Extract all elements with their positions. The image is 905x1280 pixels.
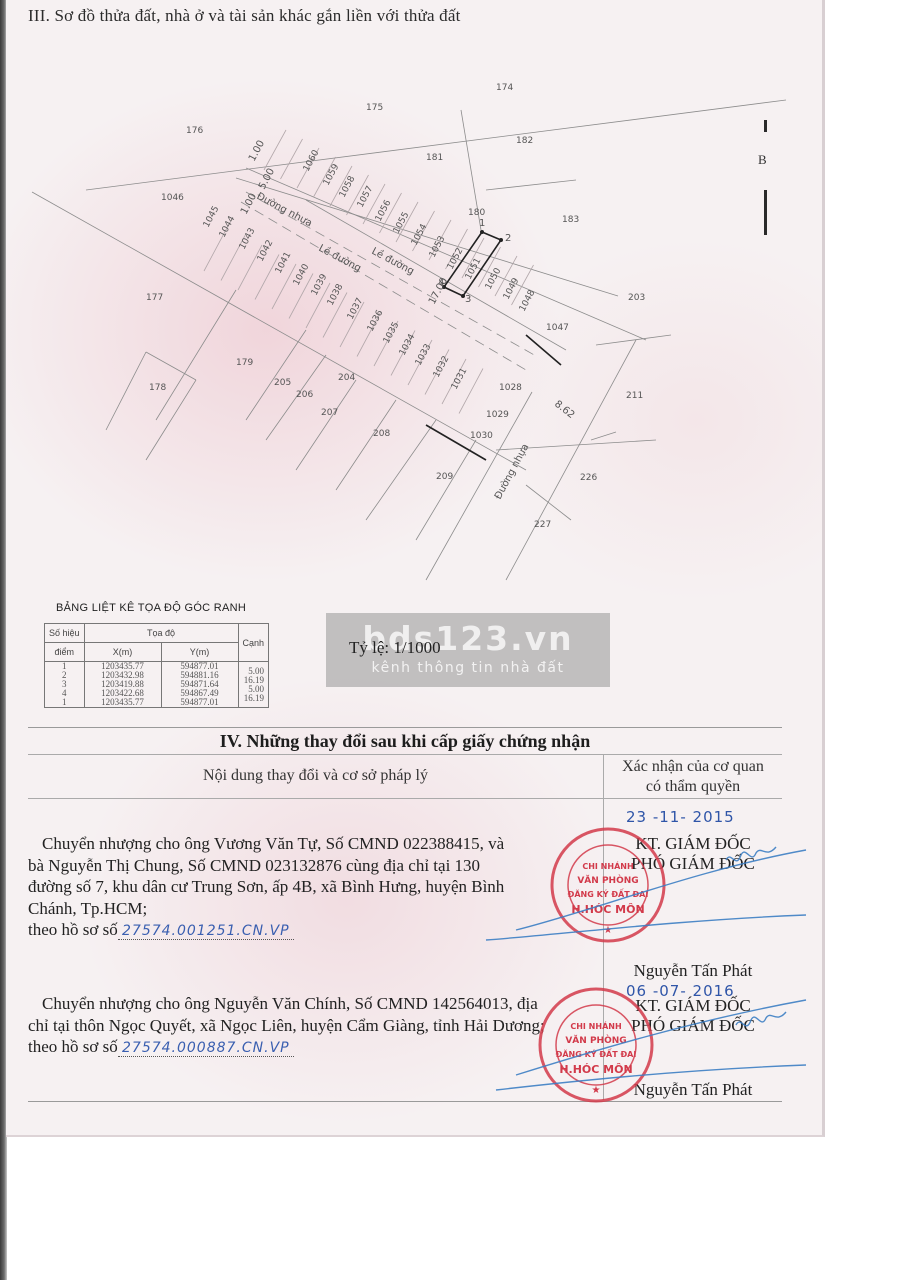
- parcel-label: 205: [274, 378, 291, 388]
- parcel-label: 208: [373, 429, 390, 439]
- parcel-label: 175: [366, 103, 383, 113]
- parcel-label: 1048: [518, 288, 538, 313]
- th-coord: Tọa độ: [84, 624, 238, 643]
- parcel-label: 177: [146, 293, 163, 303]
- col-content-header: Nội dung thay đổi và cơ sở pháp lý: [28, 755, 603, 797]
- parcel-label: 1057: [356, 184, 376, 209]
- svg-text:8.62: 8.62: [552, 399, 576, 421]
- cadastral-map: 1 2 3 4 17417517617717817918018118218320…: [6, 0, 822, 600]
- parcel-label: 209: [436, 472, 453, 482]
- parcel-label: 1031: [450, 366, 470, 391]
- parcel-label: 203: [628, 293, 645, 303]
- parcel-label: 182: [516, 136, 533, 146]
- side-bar-bottom: [764, 190, 767, 235]
- cell-point: 1: [45, 698, 85, 708]
- side-mark: B: [758, 152, 767, 168]
- coord-row: 11203435.77594877.01: [45, 698, 269, 708]
- parcel-label: 178: [149, 383, 166, 393]
- svg-text:2: 2: [505, 233, 511, 244]
- th-point: Số hiệu: [45, 624, 85, 643]
- parcel-label: 181: [426, 153, 443, 163]
- th-x: X(m): [84, 643, 161, 662]
- parcel-label: 1047: [546, 323, 569, 333]
- parcel-label: 1056: [374, 198, 394, 223]
- svg-text:1.00: 1.00: [247, 139, 267, 164]
- th-y: Y(m): [161, 643, 238, 662]
- col-confirm-line1: Xác nhận của cơ quan: [604, 757, 782, 777]
- file-number: 27574.000887.CN.VP: [122, 1040, 290, 1056]
- parcel-label: 179: [236, 358, 253, 368]
- parcel-label: 1029: [486, 410, 509, 420]
- file-prefix: theo hồ sơ số: [28, 920, 118, 939]
- parcel-label: 1059: [322, 162, 342, 187]
- handwritten-signatures: [476, 820, 816, 1120]
- parcel-label: 207: [321, 408, 338, 418]
- parcel-label: 1033: [414, 342, 434, 367]
- parcel-label: 1050: [484, 266, 504, 291]
- file-dots: 27574.000887.CN.VP: [118, 1037, 294, 1057]
- parcel-label: 1045: [202, 204, 222, 229]
- certificate-page: III. Sơ đồ thửa đất, nhà ở và tài sản kh…: [6, 0, 825, 1137]
- file-prefix: theo hồ sơ số: [28, 1037, 118, 1056]
- parcel-label: 183: [562, 215, 579, 225]
- coord-row: 11203435.77594877.015.00: [45, 662, 269, 672]
- parcel-label: 1044: [218, 214, 238, 239]
- parcel-label: 174: [496, 83, 513, 93]
- svg-text:17.00: 17.00: [427, 276, 450, 306]
- coord-row: 31203419.88594871.645.00: [45, 680, 269, 689]
- th-point2: điểm: [45, 643, 85, 662]
- coord-row: 41203422.68594867.4916.19: [45, 689, 269, 698]
- parcel-label: 227: [534, 520, 551, 530]
- col-confirm-line2: có thẩm quyền: [604, 777, 782, 797]
- parcel-label: 1034: [398, 332, 418, 357]
- svg-text:1.00: 1.00: [239, 192, 259, 217]
- coord-table-title: BẢNG LIỆT KÊ TỌA ĐỘ GÓC RANH: [56, 602, 246, 614]
- parcel-label: 204: [338, 373, 355, 383]
- svg-text:Đường nhựa: Đường nhựa: [492, 442, 531, 502]
- coord-table: Số hiệu Tọa độ Cạnh điểm X(m) Y(m) 11203…: [44, 623, 269, 708]
- parcel-label: 1039: [310, 272, 330, 297]
- section-4-title: IV. Những thay đổi sau khi cấp giấy chứn…: [28, 728, 782, 755]
- header-divider: [28, 798, 782, 799]
- parcel-label: 1054: [410, 222, 430, 247]
- parcel-label: 211: [626, 391, 643, 401]
- parcel-label: 226: [580, 473, 597, 483]
- parcel-label: 1049: [502, 276, 522, 301]
- svg-text:1: 1: [479, 218, 485, 229]
- cell-edge: 16.19: [238, 694, 269, 703]
- parcel-label: 1032: [432, 354, 452, 379]
- svg-text:5.00: 5.00: [257, 167, 277, 192]
- th-edge: Cạnh: [238, 624, 269, 662]
- file-number: 27574.001251.CN.VP: [122, 923, 290, 939]
- cell-edge: [238, 703, 269, 713]
- coord-row: 21203432.98594881.1616.19: [45, 671, 269, 680]
- parcel-label: 176: [186, 126, 203, 136]
- cell-x: 1203435.77: [84, 698, 161, 708]
- parcel-label: 1030: [470, 431, 493, 441]
- map-scale: Tỷ lệ: 1/1000: [349, 638, 441, 658]
- watermark-sub: kênh thông tin nhà đất: [326, 660, 610, 676]
- parcel-label: 1036: [366, 308, 386, 333]
- parcel-label: 1043: [238, 226, 258, 251]
- parcel-label: 206: [296, 390, 313, 400]
- parcel-label: 1060: [302, 148, 322, 173]
- parcel-label: 1028: [499, 383, 522, 393]
- parcel-label: 1037: [346, 296, 366, 321]
- parcel-label: 1041: [274, 250, 294, 275]
- svg-text:3: 3: [465, 294, 471, 305]
- parcel-label: 180: [468, 208, 485, 218]
- cell-y: 594877.01: [161, 698, 238, 708]
- file-dots: 27574.001251.CN.VP: [118, 920, 294, 940]
- svg-text:Đường nhựa: Đường nhựa: [255, 190, 315, 229]
- parcel-label: 1035: [382, 320, 402, 345]
- parcel-label: 1046: [161, 193, 184, 203]
- side-bar-top: [764, 120, 767, 132]
- svg-text:Lề đường: Lề đường: [317, 242, 364, 274]
- col-confirm-header: Xác nhận của cơ quan có thẩm quyền: [604, 757, 782, 797]
